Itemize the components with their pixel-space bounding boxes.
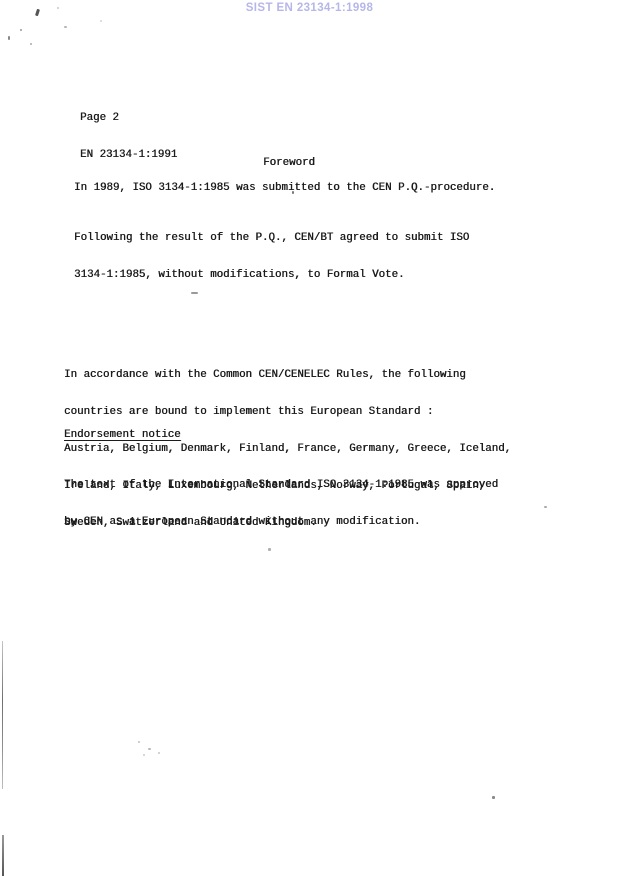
paragraph-line: by CEN as a European Standard without an…	[64, 516, 498, 528]
endorsement-notice-paragraph: The text of the International Standard I…	[64, 454, 498, 553]
endorsement-notice-heading: Endorsement notice	[64, 429, 181, 441]
scan-speck	[20, 29, 22, 31]
scan-edge-line	[2, 641, 3, 789]
foreword-paragraph-1: In 1989, ISO 3134-1:1985 was submitted t…	[74, 182, 495, 194]
scan-speck	[492, 796, 495, 799]
scan-speck	[30, 43, 32, 45]
page-header: Page 2 EN 23134-1:1991	[80, 87, 177, 186]
paragraph-line: The text of the International Standard I…	[64, 479, 498, 491]
paragraph-line: 3134-1:1985, without modifications, to F…	[74, 269, 469, 281]
scan-speck	[191, 292, 198, 294]
scan-speck	[268, 548, 271, 551]
foreword-title: Foreword	[74, 157, 504, 169]
scan-speck	[100, 20, 102, 22]
scan-speck	[143, 754, 145, 756]
scan-speck	[57, 7, 59, 9]
scan-speck	[64, 26, 67, 28]
scan-edge-line	[2, 835, 4, 876]
page-number: Page 2	[80, 112, 177, 124]
watermark-header: SIST EN 23134-1:1998	[0, 2, 619, 14]
scanned-document-page: SIST EN 23134-1:1998 Page 2 EN 23134-1:1…	[0, 0, 619, 876]
paragraph-line: In accordance with the Common CEN/CENELE…	[64, 369, 511, 381]
scan-speck	[292, 191, 294, 194]
scan-speck	[148, 748, 151, 750]
paragraph-line: Following the result of the P.Q., CEN/BT…	[74, 232, 469, 244]
scan-speck	[544, 506, 547, 508]
scan-speck	[158, 752, 160, 754]
scan-speck	[8, 36, 10, 40]
scan-speck	[138, 741, 140, 743]
foreword-paragraph-2: Following the result of the P.Q., CEN/BT…	[74, 207, 469, 306]
paragraph-line: countries are bound to implement this Eu…	[64, 406, 511, 418]
